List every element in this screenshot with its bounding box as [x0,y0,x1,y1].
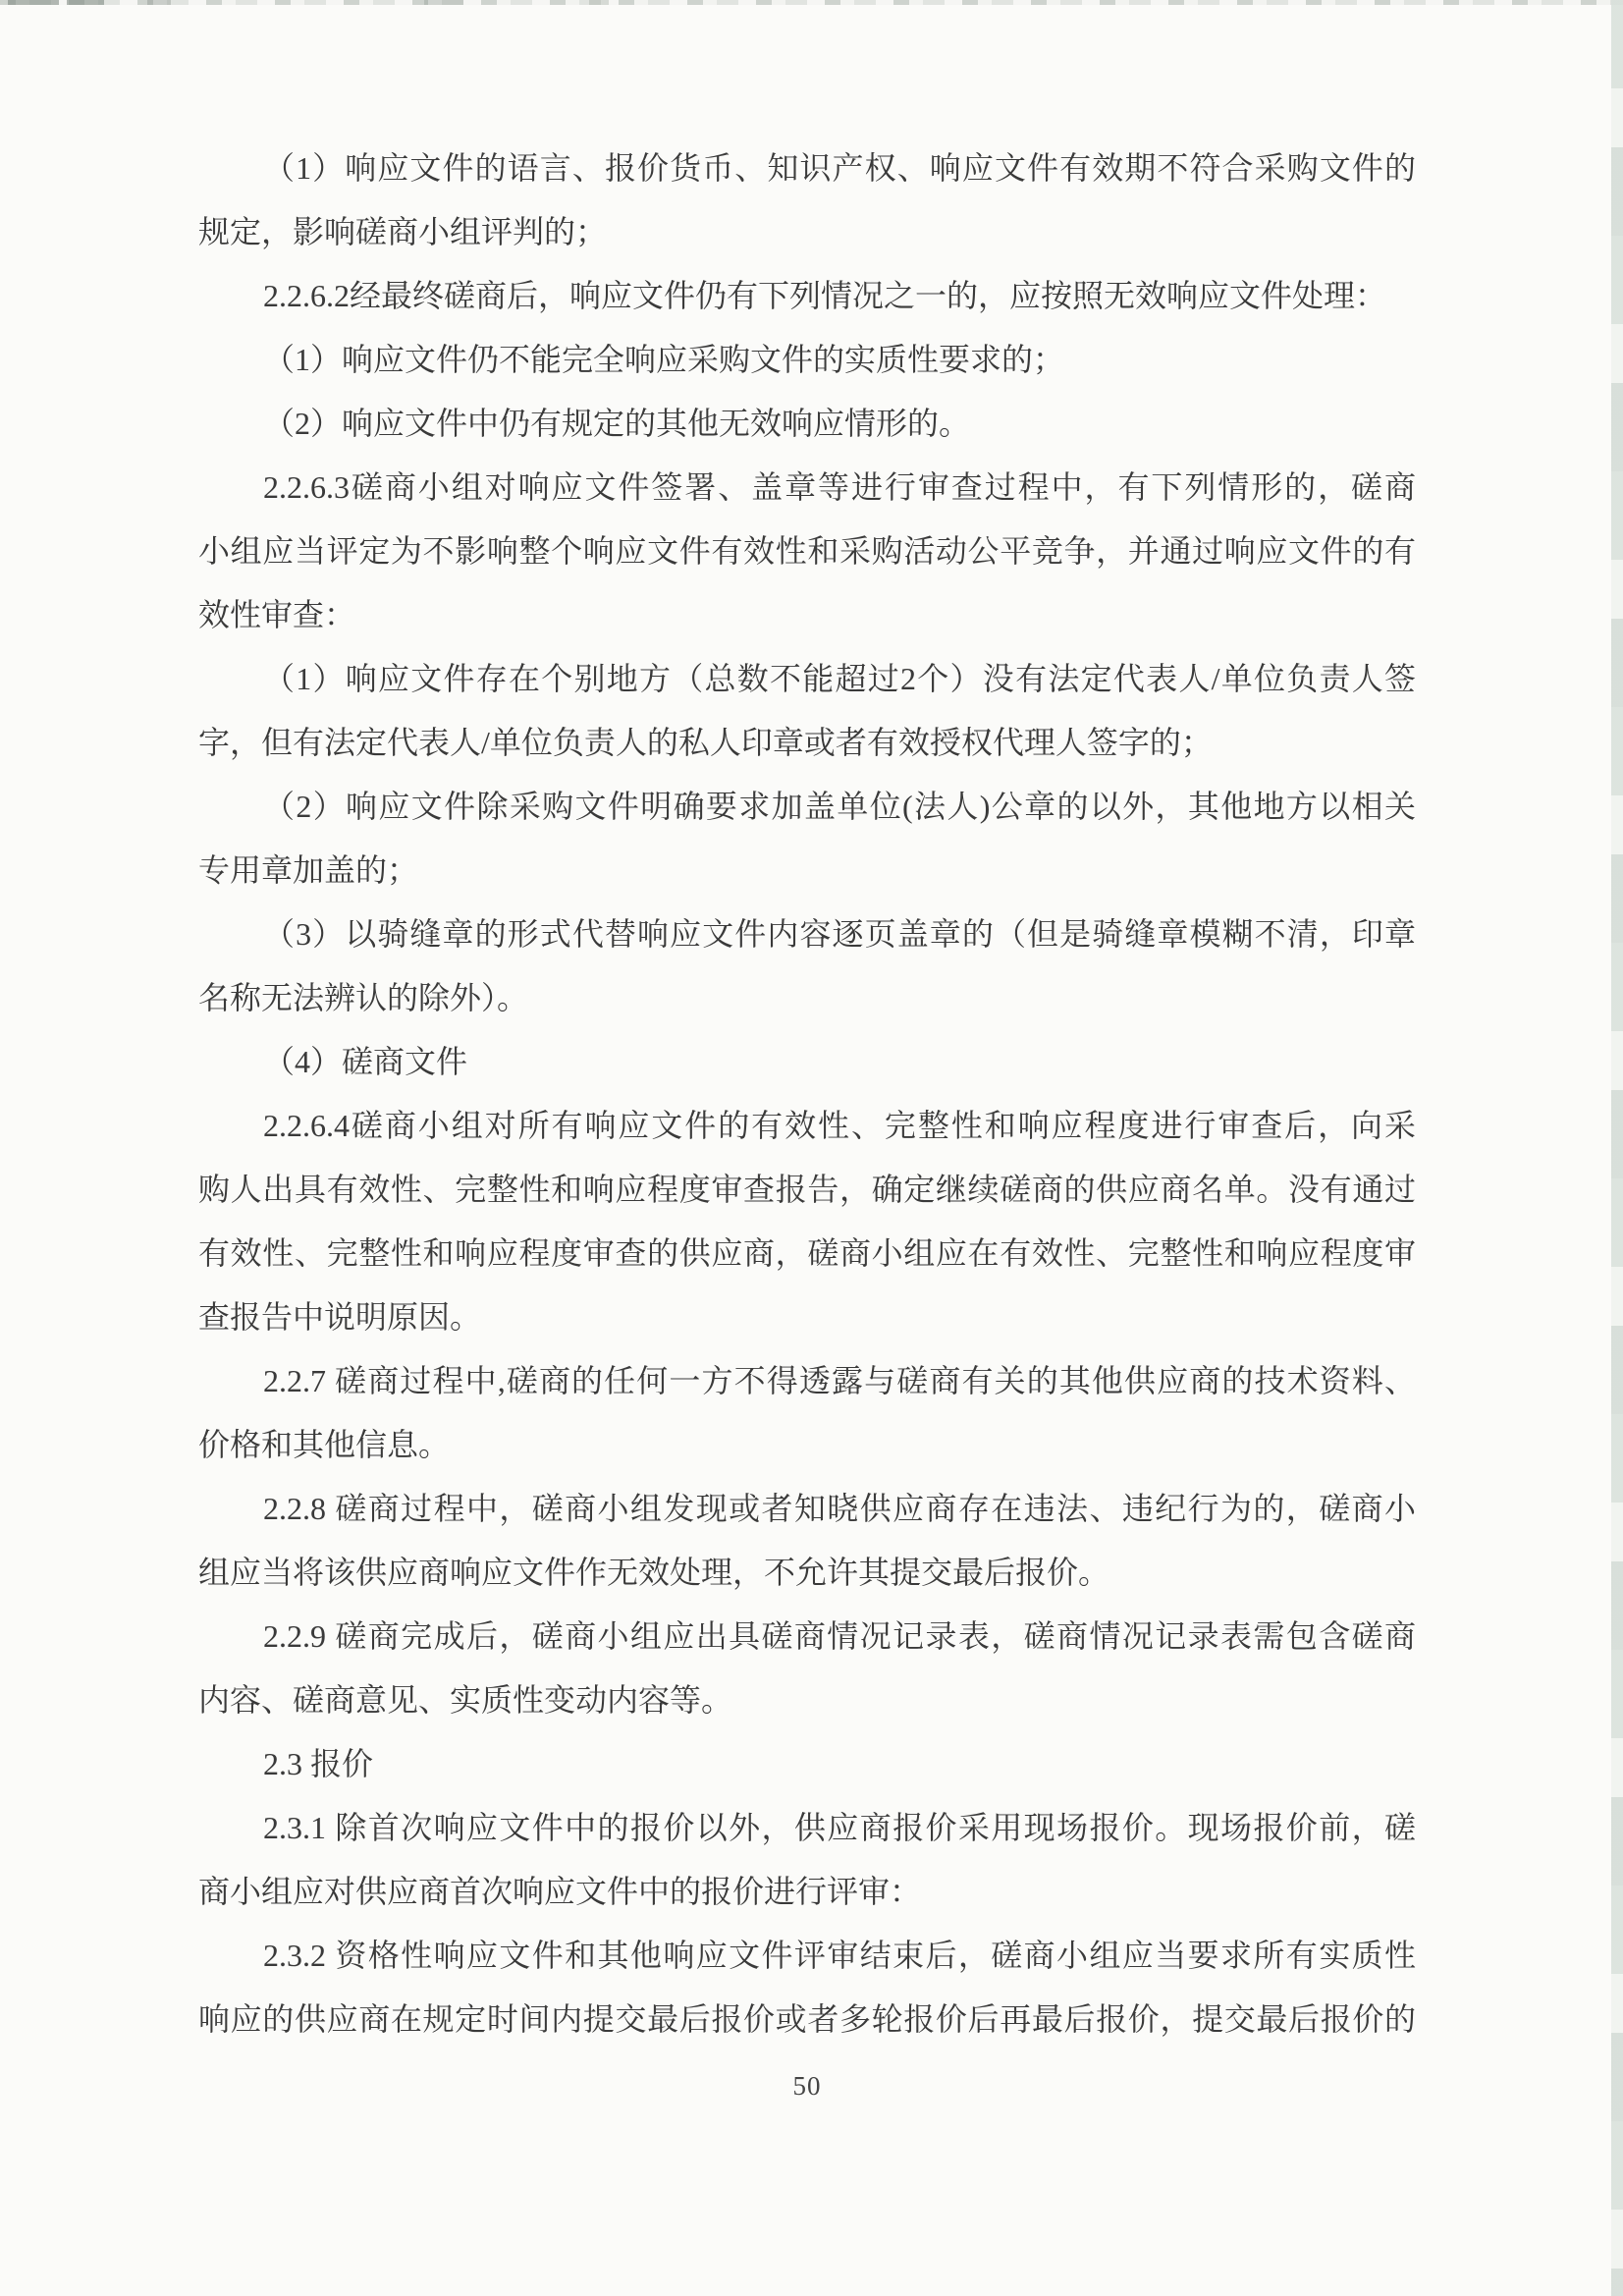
text-line: 规定，影响磋商小组评判的； [198,200,1416,264]
text-line: 2.3.2 资格性响应文件和其他响应文件评审结束后，磋商小组应当要求所有实质性 [198,1924,1416,1988]
text-line: 2.2.8 磋商过程中，磋商小组发现或者知晓供应商存在违法、违纪行为的，磋商小 [198,1477,1416,1541]
text-line: 响应的供应商在规定时间内提交最后报价或者多轮报价后再最后报价，提交最后报价的 [198,1988,1416,2051]
scan-artifact-right-edge [1611,0,1623,2296]
scan-artifact-dash [147,0,171,5]
text-line: 效性审查： [198,583,1416,647]
scan-artifact-dash [589,0,609,5]
document-text: （1）响应文件的语言、报价货币、知识产权、响应文件有效期不符合采购文件的 规定，… [198,137,1416,2051]
text-line: 名称无法辨认的除外）。 [198,966,1416,1030]
text-line: 2.3 报价 [198,1732,1416,1796]
text-line: 商小组应对供应商首次响应文件中的报价进行评审： [198,1860,1416,1924]
scan-artifact-dash [67,0,104,5]
text-line: 2.2.9 磋商完成后，磋商小组应出具磋商情况记录表，磋商情况记录表需包含磋商 [198,1605,1416,1668]
text-line: 字，但有法定代表人/单位负责人的私人印章或者有效授权代理人签字的； [198,711,1416,775]
text-line: 2.2.6.4磋商小组对所有响应文件的有效性、完整性和响应程度进行审查后，向采 [198,1094,1416,1158]
text-line: 2.2.6.2经最终磋商后，响应文件仍有下列情况之一的，应按照无效响应文件处理： [198,264,1416,328]
text-line: （1）响应文件存在个别地方（总数不能超过2个）没有法定代表人/单位负责人签 [198,647,1416,711]
text-line: 小组应当评定为不影响整个响应文件有效性和采购活动公平竞争，并通过响应文件的有 [198,519,1416,583]
text-line: 内容、磋商意见、实质性变动内容等。 [198,1668,1416,1732]
text-line: 查报告中说明原因。 [198,1285,1416,1349]
text-line: （4）磋商文件 [198,1030,1416,1094]
text-line: 专用章加盖的； [198,839,1416,902]
text-line: 价格和其他信息。 [198,1413,1416,1477]
scan-artifact-dash [8,0,59,5]
text-line: 2.2.6.3磋商小组对响应文件签署、盖章等进行审查过程中，有下列情形的，磋商 [198,456,1416,519]
page-number: 50 [198,2070,1416,2102]
text-line: （1）响应文件的语言、报价货币、知识产权、响应文件有效期不符合采购文件的 [198,137,1416,200]
text-line: （1）响应文件仍不能完全响应采购文件的实质性要求的； [198,328,1416,392]
text-line: 2.2.7 磋商过程中,磋商的任何一方不得透露与磋商有关的其他供应商的技术资料、 [198,1349,1416,1413]
text-line: （2）响应文件中仍有规定的其他无效响应情形的。 [198,392,1416,456]
text-line: 组应当将该供应商响应文件作无效处理，不允许其提交最后报价。 [198,1541,1416,1605]
scan-artifact-dash [424,0,463,5]
text-line: （2）响应文件除采购文件明确要求加盖单位(法人)公章的以外，其他地方以相关 [198,775,1416,839]
text-line: 购人出具有效性、完整性和响应程度审查报告，确定继续磋商的供应商名单。没有通过 [198,1158,1416,1222]
scan-artifact-top-line [0,0,1623,5]
text-line: 2.3.1 除首次响应文件中的报价以外，供应商报价采用现场报价。现场报价前，磋 [198,1796,1416,1860]
document-page: （1）响应文件的语言、报价货币、知识产权、响应文件有效期不符合采购文件的 规定，… [0,0,1623,2296]
text-line: （3）以骑缝章的形式代替响应文件内容逐页盖章的（但是骑缝章模糊不清，印章 [198,902,1416,966]
text-line: 有效性、完整性和响应程度审查的供应商，磋商小组应在有效性、完整性和响应程度审 [198,1222,1416,1285]
